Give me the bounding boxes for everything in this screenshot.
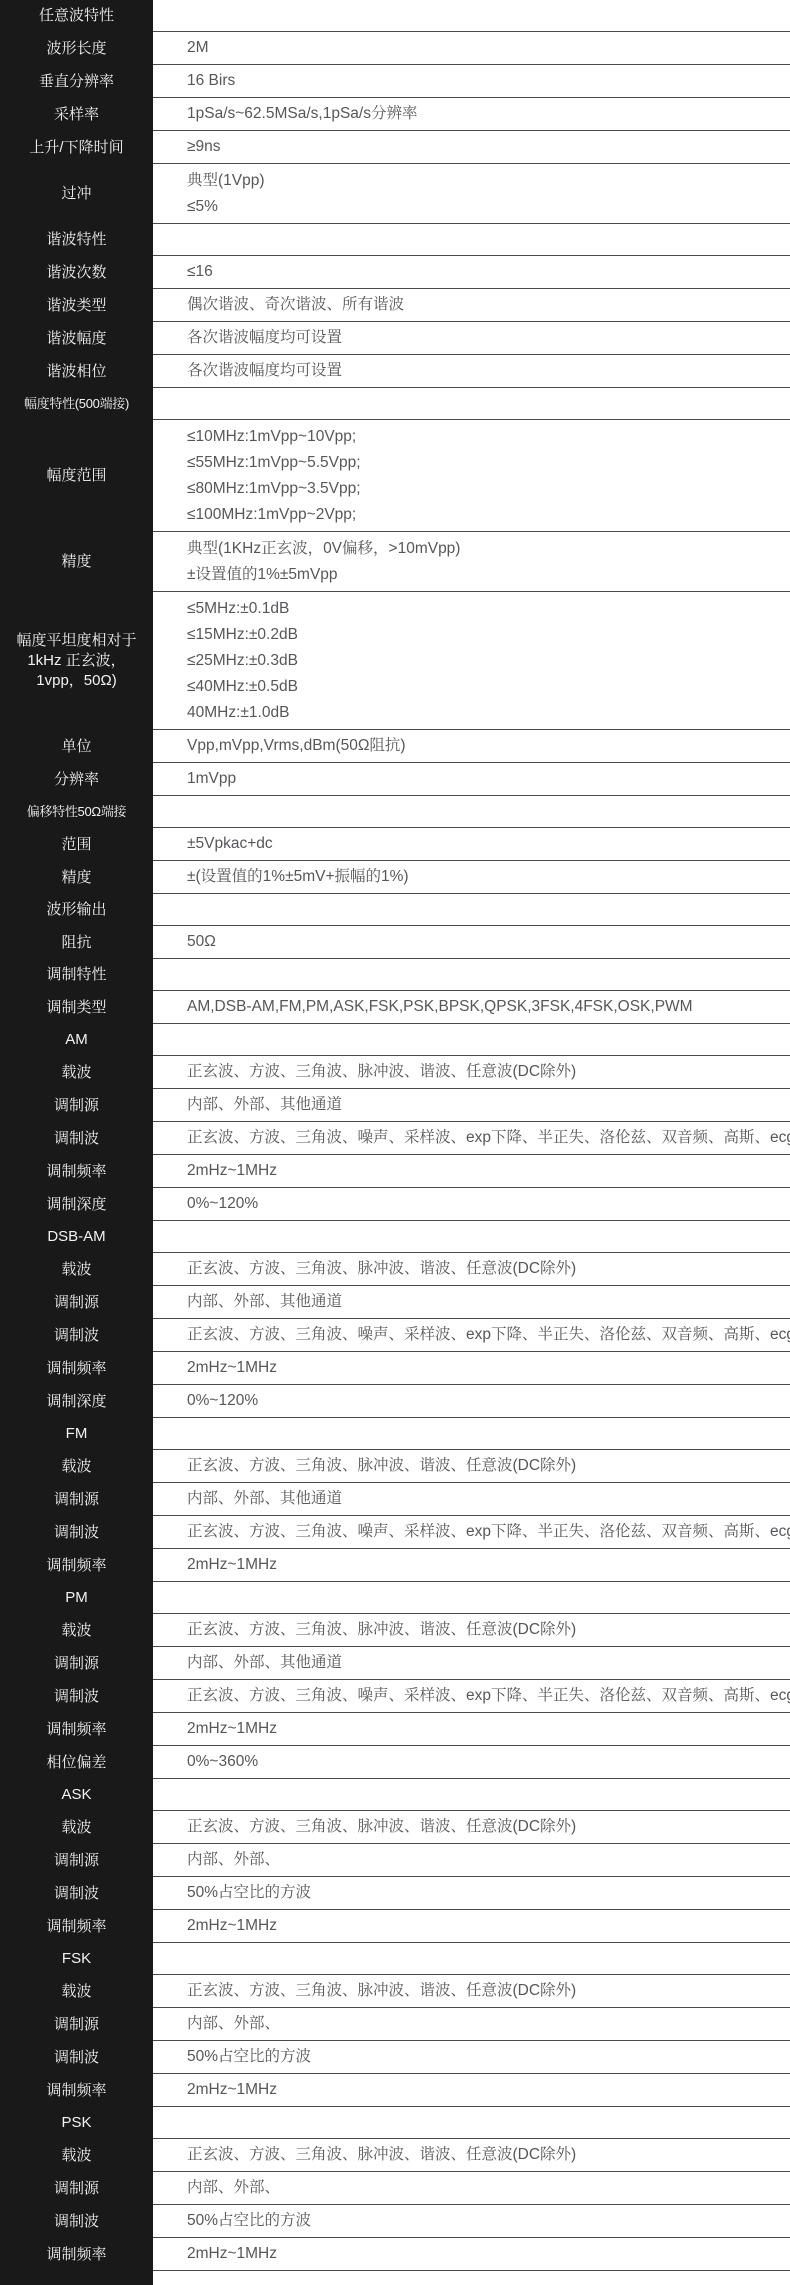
row-value-cell xyxy=(153,894,790,926)
row-value-text: ≤15MHz:±0.2dB xyxy=(187,622,784,648)
row-label-text: 阻抗 xyxy=(61,933,91,953)
section-label: ASK xyxy=(0,1779,153,1811)
row-value-cell: 正玄波、方波、三角波、脉冲波、谐波、任意波(DC除外) xyxy=(153,2139,790,2172)
row-label: 载波 xyxy=(0,1056,153,1089)
row-value-cell xyxy=(153,1582,790,1614)
row-value-cell: 2mHz~1MHz xyxy=(153,1549,790,1582)
spec-row: 相位偏差0%~360% xyxy=(0,1746,790,1779)
spec-row: 幅度平坦度相对于1kHz 正玄波，1vpp，50Ω)≤5MHz:±0.1dB≤1… xyxy=(0,592,790,730)
row-label-text: PM xyxy=(65,1588,88,1608)
section-label: 任意波特性 xyxy=(0,0,153,32)
row-label-text: 任意波特性 xyxy=(39,6,114,26)
row-value-cell: 2mHz~1MHz xyxy=(153,2074,790,2107)
row-value-text: 2mHz~1MHz xyxy=(187,2241,784,2267)
row-label: 谐波相位 xyxy=(0,355,153,388)
row-value-text: 正玄波、方波、三角波、噪声、采样波、exp下降、半正失、洛伦兹、双音频、高斯、e… xyxy=(187,1683,784,1709)
section-row: AM xyxy=(0,1024,790,1056)
row-label-text: DSB-AM xyxy=(47,1227,105,1247)
row-label: 幅度范围 xyxy=(0,420,153,532)
row-label-text: 调制频率 xyxy=(46,1162,106,1182)
row-value-text: ≤5% xyxy=(187,194,784,220)
row-label-text: 调制源 xyxy=(54,1654,99,1674)
row-label: 范围 xyxy=(0,828,153,861)
row-label-text: 调制频率 xyxy=(46,1917,106,1937)
row-label: 上升/下降时间 xyxy=(0,131,153,164)
row-value-cell: 偶次谐波、奇次谐波、所有谐波 xyxy=(153,289,790,322)
row-value-cell: ≥9ns xyxy=(153,131,790,164)
row-label-text: PSK xyxy=(61,2113,91,2133)
spec-row: 调制源内部、外部、 xyxy=(0,2008,790,2041)
row-value-text: 正玄波、方波、三角波、脉冲波、谐波、任意波(DC除外) xyxy=(187,1453,784,1479)
row-value-cell xyxy=(153,0,790,32)
row-label-text: 幅度范围 xyxy=(46,466,106,486)
spec-row: 调制类型AM,DSB-AM,FM,PM,ASK,FSK,PSK,BPSK,QPS… xyxy=(0,991,790,1024)
row-label: 调制频率 xyxy=(0,1910,153,1943)
spec-row: 载波正玄波、方波、三角波、脉冲波、谐波、任意波(DC除外) xyxy=(0,2139,790,2172)
row-value-cell: ≤5MHz:±0.1dB≤15MHz:±0.2dB≤25MHz:±0.3dB≤4… xyxy=(153,592,790,730)
section-row: ASK xyxy=(0,1779,790,1811)
row-value-text: 50%占空比的方波 xyxy=(187,1880,784,1906)
row-value-text: 正玄波、方波、三角波、脉冲波、谐波、任意波(DC除外) xyxy=(187,1814,784,1840)
row-label-text: 谐波次数 xyxy=(46,263,106,283)
row-value-text: 正玄波、方波、三角波、噪声、采样波、exp下降、半正失、洛伦兹、双音频、高斯、e… xyxy=(187,1519,784,1545)
row-label: 调制类型 xyxy=(0,991,153,1024)
row-label-text: 上升/下降时间 xyxy=(29,138,123,158)
row-label-text: 偏移特性50Ω端接 xyxy=(27,802,126,822)
row-label: 单位 xyxy=(0,730,153,763)
row-value-text: ≤40MHz:±0.5dB xyxy=(187,674,784,700)
section-label: PSK xyxy=(0,2107,153,2139)
row-label: 调制波 xyxy=(0,1877,153,1910)
spec-row: 阻抗50Ω xyxy=(0,926,790,959)
row-value-cell: 内部、外部、 xyxy=(153,1844,790,1877)
row-value-text: 典型(1Vpp) xyxy=(187,168,784,194)
section-label: 幅度特性(500端接) xyxy=(0,388,153,420)
row-value-cell: AM,DSB-AM,FM,PM,ASK,FSK,PSK,BPSK,QPSK,3F… xyxy=(153,991,790,1024)
row-value-cell: 内部、外部、其他通道 xyxy=(153,1089,790,1122)
row-value-text: 0%~120% xyxy=(187,1388,784,1414)
row-value-text: ±(设置值的1%±5mV+振幅的1%) xyxy=(187,864,784,890)
row-label: 载波 xyxy=(0,1450,153,1483)
row-value-cell xyxy=(153,2107,790,2139)
row-value-cell: Vpp,mVpp,Vrms,dBm(50Ω阻抗) xyxy=(153,730,790,763)
spec-row: 调制源内部、外部、 xyxy=(0,2172,790,2205)
section-row: PSK xyxy=(0,2107,790,2139)
row-label: 调制源 xyxy=(0,1844,153,1877)
row-value-text: 正玄波、方波、三角波、脉冲波、谐波、任意波(DC除外) xyxy=(187,1617,784,1643)
spec-row: 范围±5Vpkac+dc xyxy=(0,828,790,861)
row-value-text: 50Ω xyxy=(187,929,784,955)
row-value-text: 16 Birs xyxy=(187,68,784,94)
row-label-text: 分辨率 xyxy=(54,770,99,790)
row-value-cell: 50%占空比的方波 xyxy=(153,1877,790,1910)
spec-row: 调制波50%占空比的方波 xyxy=(0,1877,790,1910)
row-label-text: 载波 xyxy=(61,1260,91,1280)
spec-row: 调制源内部、外部、其他通道 xyxy=(0,1286,790,1319)
row-label: 精度 xyxy=(0,532,153,592)
row-label: 谐波次数 xyxy=(0,256,153,289)
row-value-cell: 2mHz~1MHz xyxy=(153,2238,790,2271)
row-label-text: 过冲 xyxy=(61,184,91,204)
section-label: 偏移特性50Ω端接 xyxy=(0,796,153,828)
section-row: 幅度特性(500端接) xyxy=(0,388,790,420)
spec-row: 调制波50%占空比的方波 xyxy=(0,2041,790,2074)
spec-row: 上升/下降时间≥9ns xyxy=(0,131,790,164)
row-value-cell: 50Ω xyxy=(153,926,790,959)
row-label-text: 幅度特性(500端接) xyxy=(24,394,129,414)
spec-table: 任意波特性波形长度2M垂直分辨率16 Birs采样率1pSa/s~62.5MSa… xyxy=(0,0,790,2285)
row-label-text: ASK xyxy=(61,1785,91,1805)
row-label-text: 调制波 xyxy=(54,1326,99,1346)
row-value-text: ≤80MHz:1mVpp~3.5Vpp; xyxy=(187,476,784,502)
row-label: 相位偏差 xyxy=(0,1746,153,1779)
row-value-text: 50%占空比的方波 xyxy=(187,2208,784,2234)
row-value-text: 50%占空比的方波 xyxy=(187,2044,784,2070)
row-label: 精度 xyxy=(0,861,153,894)
spec-row: 精度±(设置值的1%±5mV+振幅的1%) xyxy=(0,861,790,894)
section-row: 谐波特性 xyxy=(0,224,790,256)
row-value-text: 内部、外部、其他通道 xyxy=(187,1650,784,1676)
row-value-text: 内部、外部、其他通道 xyxy=(187,1486,784,1512)
row-value-cell: 16 Birs xyxy=(153,65,790,98)
row-label-text: 谐波类型 xyxy=(46,296,106,316)
row-value-cell xyxy=(153,2271,790,2285)
row-value-text: 1pSa/s~62.5MSa/s,1pSa/s分辨率 xyxy=(187,101,784,127)
row-label-text: 调制波 xyxy=(54,1523,99,1543)
row-value-cell: 0%~120% xyxy=(153,1385,790,1418)
row-label: 调制频率 xyxy=(0,1155,153,1188)
row-value-cell xyxy=(153,1418,790,1450)
section-row: FSK xyxy=(0,1943,790,1975)
spec-row: 载波正玄波、方波、三角波、脉冲波、谐波、任意波(DC除外) xyxy=(0,1056,790,1089)
row-value-cell: 内部、外部、其他通道 xyxy=(153,1483,790,1516)
spec-row: 分辨率1mVpp xyxy=(0,763,790,796)
spec-row: 调制频率2mHz~1MHz xyxy=(0,2238,790,2271)
section-row: DSB-AM xyxy=(0,1221,790,1253)
spec-row: 调制深度0%~120% xyxy=(0,1188,790,1221)
row-value-cell: 内部、外部、 xyxy=(153,2008,790,2041)
row-value-text: ≤10MHz:1mVpp~10Vpp; xyxy=(187,424,784,450)
row-label-text: FM xyxy=(66,1424,88,1444)
section-row: 偏移特性50Ω端接 xyxy=(0,796,790,828)
spec-row: 采样率1pSa/s~62.5MSa/s,1pSa/s分辨率 xyxy=(0,98,790,131)
row-label: 波形长度 xyxy=(0,32,153,65)
spec-row: 调制波正玄波、方波、三角波、噪声、采样波、exp下降、半正失、洛伦兹、双音频、高… xyxy=(0,1122,790,1155)
row-label-text: 相位偏差 xyxy=(46,1753,106,1773)
row-value-cell: ≤10MHz:1mVpp~10Vpp;≤55MHz:1mVpp~5.5Vpp;≤… xyxy=(153,420,790,532)
spec-row: 载波正玄波、方波、三角波、脉冲波、谐波、任意波(DC除外) xyxy=(0,1253,790,1286)
row-value-text: 2mHz~1MHz xyxy=(187,1158,784,1184)
row-value-cell: 2mHz~1MHz xyxy=(153,1910,790,1943)
section-label: FSK xyxy=(0,1943,153,1975)
row-value-text: 正玄波、方波、三角波、脉冲波、谐波、任意波(DC除外) xyxy=(187,2142,784,2168)
row-label-text: 载波 xyxy=(61,1621,91,1641)
row-value-cell xyxy=(153,224,790,256)
spec-row: 调制频率2mHz~1MHz xyxy=(0,2074,790,2107)
row-value-cell: 内部、外部、其他通道 xyxy=(153,1647,790,1680)
row-label: 谐波幅度 xyxy=(0,322,153,355)
row-label-text: 调制波 xyxy=(54,2048,99,2068)
section-row: 任意波特性 xyxy=(0,0,790,32)
row-label: 幅度平坦度相对于1kHz 正玄波，1vpp，50Ω) xyxy=(0,592,153,730)
row-label-text: 调制深度 xyxy=(46,1392,106,1412)
spec-row: 载波正玄波、方波、三角波、脉冲波、谐波、任意波(DC除外) xyxy=(0,1614,790,1647)
row-label: 载波 xyxy=(0,1975,153,2008)
row-value-text: 40MHz:±1.0dB xyxy=(187,700,784,726)
row-value-cell: 0%~120% xyxy=(153,1188,790,1221)
section-label: FM xyxy=(0,1418,153,1450)
row-label: 调制源 xyxy=(0,1483,153,1516)
section-label: 波形输出 xyxy=(0,894,153,926)
row-label-text: 1vpp，50Ω) xyxy=(36,671,116,691)
row-label: 调制频率 xyxy=(0,1352,153,1385)
row-label-text: 谐波相位 xyxy=(46,362,106,382)
row-label-text: 载波 xyxy=(61,1818,91,1838)
row-value-text: 0%~360% xyxy=(187,1749,784,1775)
row-label: 调制波 xyxy=(0,1319,153,1352)
spec-row: 谐波类型偶次谐波、奇次谐波、所有谐波 xyxy=(0,289,790,322)
row-label: 调制波 xyxy=(0,1516,153,1549)
row-value-cell: 正玄波、方波、三角波、脉冲波、谐波、任意波(DC除外) xyxy=(153,1811,790,1844)
spec-row: 调制波正玄波、方波、三角波、噪声、采样波、exp下降、半正失、洛伦兹、双音频、高… xyxy=(0,1516,790,1549)
row-label xyxy=(0,2271,153,2285)
spec-row: 载波正玄波、方波、三角波、脉冲波、谐波、任意波(DC除外) xyxy=(0,1450,790,1483)
row-value-text: 内部、外部、 xyxy=(187,2011,784,2037)
spec-row: 调制频率2mHz~1MHz xyxy=(0,1549,790,1582)
row-value-text: 2mHz~1MHz xyxy=(187,1355,784,1381)
row-label-text: 调制源 xyxy=(54,2015,99,2035)
section-label: AM xyxy=(0,1024,153,1056)
spec-row: 载波正玄波、方波、三角波、脉冲波、谐波、任意波(DC除外) xyxy=(0,1975,790,2008)
row-value-text: 内部、外部、其他通道 xyxy=(187,1092,784,1118)
row-label-text: FSK xyxy=(62,1949,91,1969)
row-label-text: 调制频率 xyxy=(46,1556,106,1576)
row-value-text: 正玄波、方波、三角波、噪声、采样波、exp下降、半正失、洛伦兹、双音频、高斯、e… xyxy=(187,1322,784,1348)
row-value-text: 内部、外部、 xyxy=(187,1847,784,1873)
row-value-cell xyxy=(153,796,790,828)
section-row: FM xyxy=(0,1418,790,1450)
spec-row: 精度典型(1KHz正玄波，0V偏移，>10mVpp)±设置值的1%±5mVpp xyxy=(0,532,790,592)
row-label: 调制源 xyxy=(0,1286,153,1319)
row-label-text: 调制源 xyxy=(54,1851,99,1871)
row-label: 过冲 xyxy=(0,164,153,224)
row-label: 载波 xyxy=(0,1614,153,1647)
row-value-cell: ±5Vpkac+dc xyxy=(153,828,790,861)
spec-row: 调制波50%占空比的方波 xyxy=(0,2205,790,2238)
row-label: 调制频率 xyxy=(0,1713,153,1746)
row-value-cell: 各次谐波幅度均可设置 xyxy=(153,322,790,355)
spec-row: 调制频率2mHz~1MHz xyxy=(0,1155,790,1188)
row-label-text: 调制源 xyxy=(54,1490,99,1510)
row-value-cell: 1pSa/s~62.5MSa/s,1pSa/s分辨率 xyxy=(153,98,790,131)
row-label-text: 调制频率 xyxy=(46,2081,106,2101)
row-label-text: 调制波 xyxy=(54,1884,99,1904)
row-label: 调制波 xyxy=(0,2205,153,2238)
row-label-text: AM xyxy=(65,1030,88,1050)
row-value-cell: 2mHz~1MHz xyxy=(153,1155,790,1188)
row-label: 载波 xyxy=(0,2139,153,2172)
row-label-text: 调制源 xyxy=(54,1096,99,1116)
row-value-text: 2M xyxy=(187,35,784,61)
row-value-text: 1mVpp xyxy=(187,766,784,792)
spec-row: 单位Vpp,mVpp,Vrms,dBm(50Ω阻抗) xyxy=(0,730,790,763)
row-label-text: 精度 xyxy=(61,552,91,572)
row-label-text: 载波 xyxy=(61,1063,91,1083)
row-value-text: ≤55MHz:1mVpp~5.5Vpp; xyxy=(187,450,784,476)
row-label: 载波 xyxy=(0,1811,153,1844)
row-label: 调制波 xyxy=(0,2041,153,2074)
spec-row: 幅度范围≤10MHz:1mVpp~10Vpp;≤55MHz:1mVpp~5.5V… xyxy=(0,420,790,532)
section-label: PM xyxy=(0,1582,153,1614)
row-label-text: 调制频率 xyxy=(46,1720,106,1740)
row-value-text: 典型(1KHz正玄波，0V偏移，>10mVpp) xyxy=(187,536,784,562)
row-value-text: ≥9ns xyxy=(187,134,784,160)
row-label: 谐波类型 xyxy=(0,289,153,322)
row-label-text: 调制波 xyxy=(54,1687,99,1707)
row-value-text: ≤16 xyxy=(187,259,784,285)
row-value-cell xyxy=(153,1943,790,1975)
spec-row: 过冲典型(1Vpp)≤5% xyxy=(0,164,790,224)
row-label-text: 范围 xyxy=(61,835,91,855)
row-value-cell: 2mHz~1MHz xyxy=(153,1713,790,1746)
row-value-text: ±设置值的1%±5mVpp xyxy=(187,562,784,588)
row-value-cell: 50%占空比的方波 xyxy=(153,2041,790,2074)
row-label-text: 1kHz 正玄波， xyxy=(27,651,125,671)
section-label: 谐波特性 xyxy=(0,224,153,256)
spec-row: 调制深度0%~120% xyxy=(0,1385,790,1418)
spec-row: 调制波正玄波、方波、三角波、噪声、采样波、exp下降、半正失、洛伦兹、双音频、高… xyxy=(0,1319,790,1352)
row-label-text: 幅度平坦度相对于 xyxy=(16,631,136,651)
spec-row: 调制频率2mHz~1MHz xyxy=(0,1352,790,1385)
section-row: PM xyxy=(0,1582,790,1614)
row-value-text: 2mHz~1MHz xyxy=(187,1913,784,1939)
row-label: 阻抗 xyxy=(0,926,153,959)
row-value-text: AM,DSB-AM,FM,PM,ASK,FSK,PSK,BPSK,QPSK,3F… xyxy=(187,994,784,1020)
row-value-text: ≤5MHz:±0.1dB xyxy=(187,596,784,622)
spec-row: 波形长度2M xyxy=(0,32,790,65)
row-value-cell: 正玄波、方波、三角波、噪声、采样波、exp下降、半正失、洛伦兹、双音频、高斯、e… xyxy=(153,1122,790,1155)
row-label-text: 波形长度 xyxy=(46,39,106,59)
spec-row: 调制源内部、外部、其他通道 xyxy=(0,1647,790,1680)
row-label-text: 垂直分辨率 xyxy=(39,72,114,92)
spec-row: 调制频率2mHz~1MHz xyxy=(0,1910,790,1943)
row-value-text: 内部、外部、其他通道 xyxy=(187,1289,784,1315)
row-value-cell: 正玄波、方波、三角波、脉冲波、谐波、任意波(DC除外) xyxy=(153,1450,790,1483)
row-label: 调制频率 xyxy=(0,2238,153,2271)
row-label-text: 调制源 xyxy=(54,1293,99,1313)
spec-row: 谐波次数≤16 xyxy=(0,256,790,289)
row-value-text: 正玄波、方波、三角波、脉冲波、谐波、任意波(DC除外) xyxy=(187,1059,784,1085)
row-label: 载波 xyxy=(0,1253,153,1286)
row-value-text: ≤100MHz:1mVpp~2Vpp; xyxy=(187,502,784,528)
row-label-text: 调制波 xyxy=(54,2212,99,2232)
row-label: 调制频率 xyxy=(0,1549,153,1582)
row-label: 调制源 xyxy=(0,2172,153,2205)
row-label-text: 调制特性 xyxy=(46,965,106,985)
row-value-cell xyxy=(153,1221,790,1253)
row-value-cell: 正玄波、方波、三角波、脉冲波、谐波、任意波(DC除外) xyxy=(153,1253,790,1286)
row-value-text: 偶次谐波、奇次谐波、所有谐波 xyxy=(187,292,784,318)
row-value-cell: 各次谐波幅度均可设置 xyxy=(153,355,790,388)
spec-row xyxy=(0,2271,790,2285)
row-label: 调制波 xyxy=(0,1680,153,1713)
row-value-cell: 正玄波、方波、三角波、脉冲波、谐波、任意波(DC除外) xyxy=(153,1056,790,1089)
row-label: 调制源 xyxy=(0,1089,153,1122)
row-label-text: 波形输出 xyxy=(46,900,106,920)
spec-row: 调制波正玄波、方波、三角波、噪声、采样波、exp下降、半正失、洛伦兹、双音频、高… xyxy=(0,1680,790,1713)
row-value-cell: 2M xyxy=(153,32,790,65)
row-label: 调制深度 xyxy=(0,1385,153,1418)
row-value-cell: 1mVpp xyxy=(153,763,790,796)
row-label: 采样率 xyxy=(0,98,153,131)
row-label: 调制源 xyxy=(0,2008,153,2041)
row-value-cell: 50%占空比的方波 xyxy=(153,2205,790,2238)
row-label-text: 调制源 xyxy=(54,2179,99,2199)
row-value-text: 2mHz~1MHz xyxy=(187,1716,784,1742)
row-value-cell xyxy=(153,388,790,420)
spec-row: 谐波幅度各次谐波幅度均可设置 xyxy=(0,322,790,355)
row-value-cell: ≤16 xyxy=(153,256,790,289)
row-label-text: 精度 xyxy=(61,868,91,888)
spec-row: 谐波相位各次谐波幅度均可设置 xyxy=(0,355,790,388)
row-label-text: 调制深度 xyxy=(46,1195,106,1215)
row-value-text: ±5Vpkac+dc xyxy=(187,831,784,857)
row-value-cell: 0%~360% xyxy=(153,1746,790,1779)
row-value-cell: ±(设置值的1%±5mV+振幅的1%) xyxy=(153,861,790,894)
spec-row: 调制源内部、外部、 xyxy=(0,1844,790,1877)
row-value-text: 正玄波、方波、三角波、脉冲波、谐波、任意波(DC除外) xyxy=(187,1256,784,1282)
row-value-text: 0%~120% xyxy=(187,1191,784,1217)
section-row: 波形输出 xyxy=(0,894,790,926)
row-label-text: 单位 xyxy=(61,737,91,757)
row-label-text: 调制类型 xyxy=(46,998,106,1018)
row-value-cell: 典型(1KHz正玄波，0V偏移，>10mVpp)±设置值的1%±5mVpp xyxy=(153,532,790,592)
row-label: 调制波 xyxy=(0,1122,153,1155)
row-label-text: 载波 xyxy=(61,2146,91,2166)
row-value-text: 内部、外部、 xyxy=(187,2175,784,2201)
row-label-text: 调制频率 xyxy=(46,2245,106,2265)
row-label-text: 谐波特性 xyxy=(46,230,106,250)
row-value-cell: 2mHz~1MHz xyxy=(153,1352,790,1385)
row-value-cell: 正玄波、方波、三角波、噪声、采样波、exp下降、半正失、洛伦兹、双音频、高斯、e… xyxy=(153,1516,790,1549)
row-value-text: Vpp,mVpp,Vrms,dBm(50Ω阻抗) xyxy=(187,733,784,759)
row-value-cell: 正玄波、方波、三角波、噪声、采样波、exp下降、半正失、洛伦兹、双音频、高斯、e… xyxy=(153,1680,790,1713)
row-value-text: 正玄波、方波、三角波、脉冲波、谐波、任意波(DC除外) xyxy=(187,1978,784,2004)
row-label: 调制深度 xyxy=(0,1188,153,1221)
row-value-text: ≤25MHz:±0.3dB xyxy=(187,648,784,674)
row-value-cell xyxy=(153,1779,790,1811)
row-value-cell: 正玄波、方波、三角波、脉冲波、谐波、任意波(DC除外) xyxy=(153,1975,790,2008)
row-value-cell: 内部、外部、 xyxy=(153,2172,790,2205)
row-value-cell: 正玄波、方波、三角波、噪声、采样波、exp下降、半正失、洛伦兹、双音频、高斯、e… xyxy=(153,1319,790,1352)
spec-row: 调制源内部、外部、其他通道 xyxy=(0,1483,790,1516)
row-value-cell xyxy=(153,1024,790,1056)
row-value-cell xyxy=(153,959,790,991)
row-label: 垂直分辨率 xyxy=(0,65,153,98)
spec-row: 调制频率2mHz~1MHz xyxy=(0,1713,790,1746)
section-label: 调制特性 xyxy=(0,959,153,991)
section-row: 调制特性 xyxy=(0,959,790,991)
row-value-cell: 典型(1Vpp)≤5% xyxy=(153,164,790,224)
row-label: 调制源 xyxy=(0,1647,153,1680)
row-value-text: 各次谐波幅度均可设置 xyxy=(187,325,784,351)
row-label: 调制频率 xyxy=(0,2074,153,2107)
row-value-text: 2mHz~1MHz xyxy=(187,2077,784,2103)
spec-row: 垂直分辨率16 Birs xyxy=(0,65,790,98)
row-label: 分辨率 xyxy=(0,763,153,796)
row-value-cell: 正玄波、方波、三角波、脉冲波、谐波、任意波(DC除外) xyxy=(153,1614,790,1647)
row-label-text: 调制频率 xyxy=(46,1359,106,1379)
